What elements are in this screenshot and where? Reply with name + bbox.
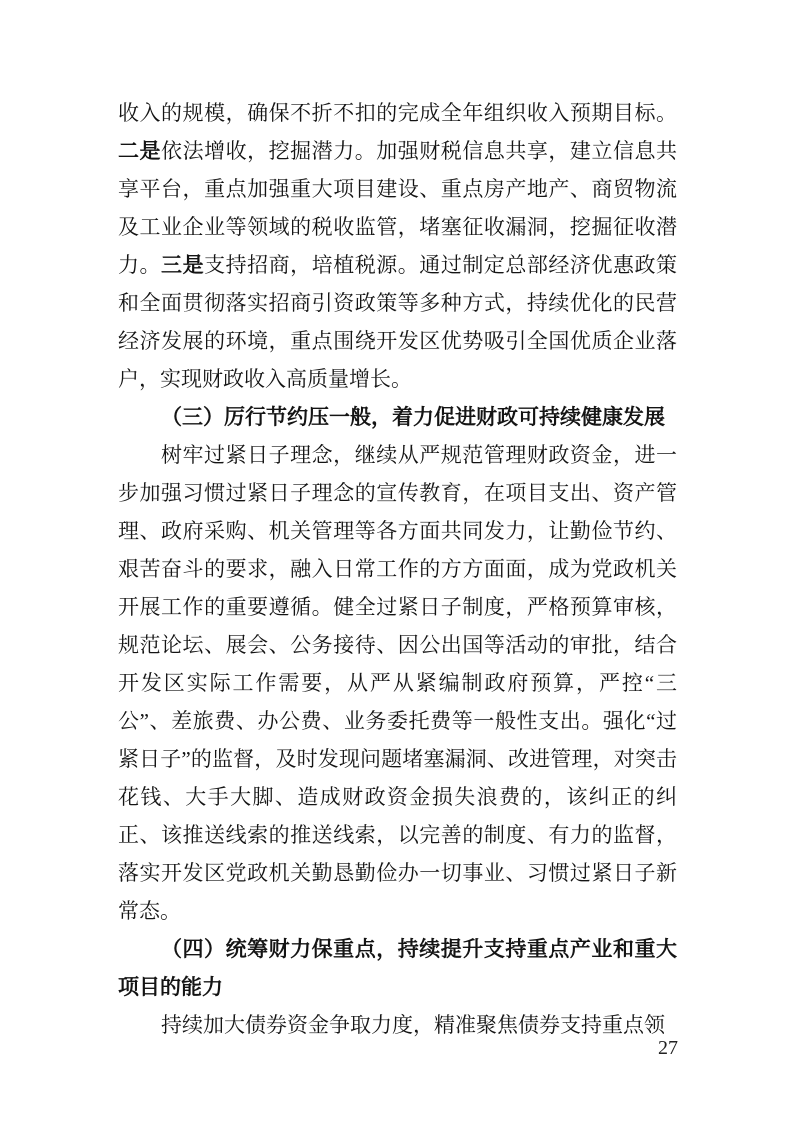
section-heading: （四）统筹财力保重点，持续提升支持重点产业和重大项目的能力: [118, 930, 677, 1006]
bold-text-run: 二是: [118, 139, 161, 163]
document-body: 收入的规模，确保不折不扣的完成全年组织收入预期目标。二是依法增收，挖掘潜力。加强…: [118, 94, 677, 1044]
paragraph: 树牢过紧日子理念，继续从严规范管理财政资金，进一步加强习惯过紧日子理念的宣传教育…: [118, 436, 677, 930]
paragraph: 持续加大债券资金争取力度，精准聚焦债券支持重点领: [118, 1006, 677, 1044]
text-run: 收入的规模，确保不折不扣的完成全年组织收入预期目标。: [118, 101, 677, 125]
section-heading: （三）厉行节约压一般，着力促进财政可持续健康发展: [118, 398, 677, 436]
document-page: 收入的规模，确保不折不扣的完成全年组织收入预期目标。二是依法增收，挖掘潜力。加强…: [0, 0, 793, 1122]
page-number: 27: [648, 1034, 688, 1062]
bold-text-run: （四）统筹财力保重点，持续提升支持重点产业和重大项目的能力: [118, 937, 677, 999]
paragraph: 收入的规模，确保不折不扣的完成全年组织收入预期目标。二是依法增收，挖掘潜力。加强…: [118, 94, 677, 398]
text-run: 持续加大债券资金争取力度，精准聚焦债券支持重点领: [161, 1013, 665, 1037]
bold-text-run: （三）厉行节约压一般，着力促进财政可持续健康发展: [161, 405, 665, 429]
bold-text-run: 三是: [161, 253, 204, 277]
text-run: 树牢过紧日子理念，继续从严规范管理财政资金，进一步加强习惯过紧日子理念的宣传教育…: [118, 443, 677, 923]
